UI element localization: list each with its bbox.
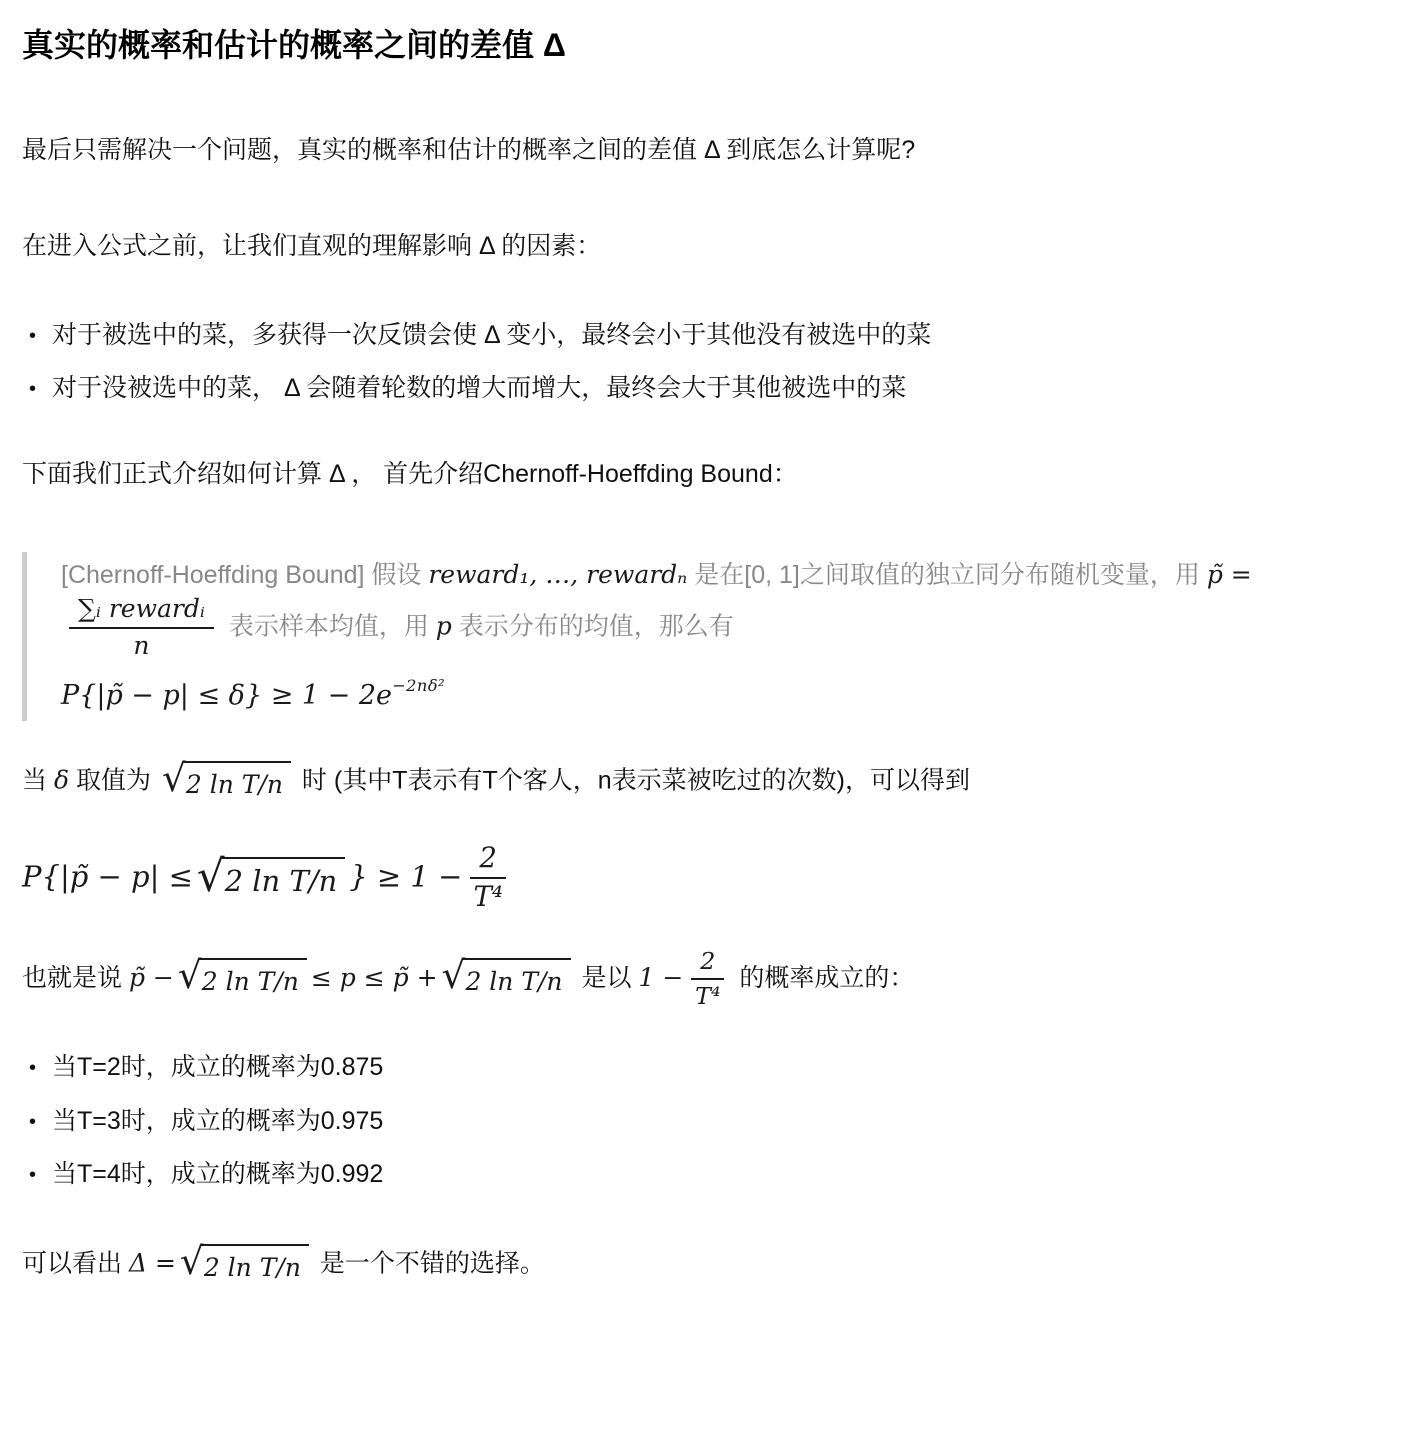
math-sqrt-2lnT-n: √2 ln T/n — [162, 761, 291, 803]
list-item-unselected-dish: 对于没被选中的菜， Δ 会随着轮数的增大而增大，最终会大于其他被选中的菜 — [22, 372, 1388, 406]
quote-text-segment: 表示分布的均值，那么有 — [459, 612, 734, 640]
radicand: 2 ln T/n — [201, 1244, 309, 1286]
radicand: 2 ln T/n — [222, 857, 346, 901]
list-item-T2: 当T=2时，成立的概率为0.875 — [22, 1051, 1388, 1085]
math-sample-mean-fraction: ∑ᵢ rewardᵢn — [69, 595, 214, 661]
text-segment: 是以 — [582, 964, 632, 992]
formula-segment: P{|p̃ − p| ≤ — [22, 859, 193, 893]
formula-exponent: −2nδ² — [392, 676, 445, 695]
math-p-variable: p — [436, 611, 452, 640]
fraction-denominator: T⁴ — [470, 879, 506, 914]
math-2-over-T4-fraction: 2T⁴ — [691, 948, 724, 1011]
paragraph-intuition-intro: 在进入公式之前，让我们直观的理解影响 Δ 的因素： — [22, 228, 1388, 264]
fraction-numerator: 2 — [470, 843, 506, 880]
radicand: 2 ln T/n — [462, 958, 570, 1000]
text-segment: 可以看出 — [22, 1250, 122, 1278]
quote-text-segment: 是在[0, 1]之间取值的独立同分布随机变量，用 — [694, 561, 1200, 589]
math-sqrt-2lnT-n: √2 ln T/n — [197, 857, 345, 901]
math-ptilde-equals: p̃ = — [1207, 560, 1252, 589]
math-delta-variable: δ — [54, 765, 69, 794]
list-item-selected-dish: 对于被选中的菜，多获得一次反馈会使 Δ 变小，最终会小于其他没有被选中的菜 — [22, 319, 1388, 353]
text-segment: 也就是说 — [22, 964, 122, 992]
math-delta-equals: Δ = — [129, 1249, 176, 1278]
formula-base: P{|p̃ − p| ≤ δ} ≥ 1 − 2e — [61, 679, 392, 710]
fraction-denominator: T⁴ — [691, 980, 724, 1010]
text-segment: 是一个不错的选择。 — [320, 1250, 545, 1278]
probability-bound-formula: P{|p̃ − p| ≤√2 ln T/n} ≥ 1 −2T⁴ — [22, 843, 1388, 914]
math-2-over-T4-fraction: 2T⁴ — [470, 843, 506, 914]
math-one-minus: 1 − — [638, 963, 683, 992]
paragraph-chb-intro: 下面我们正式介绍如何计算 Δ ， 首先介绍Chernoff-Hoeffding … — [22, 456, 1388, 492]
chernoff-hoeffding-definition: [Chernoff-Hoeffding Bound] 假设 reward₁, …… — [22, 552, 1388, 720]
text-segment: 的概率成立的： — [739, 964, 914, 992]
fraction-numerator: 2 — [691, 948, 724, 980]
math-interval-middle: ≤ p ≤ p̃ + — [311, 963, 438, 992]
chernoff-bound-formula: P{|p̃ − p| ≤ δ} ≥ 1 − 2e−2nδ² — [61, 675, 1364, 713]
paragraph-question: 最后只需解决一个问题，真实的概率和估计的概率之间的差值 Δ 到底怎么计算呢? — [22, 132, 1388, 168]
fraction-numerator: ∑ᵢ rewardᵢ — [69, 595, 214, 629]
list-item-T4: 当T=4时，成立的概率为0.992 — [22, 1158, 1388, 1192]
text-segment: 取值为 — [76, 766, 151, 794]
quote-text-segment: 表示样本均值，用 — [229, 612, 429, 640]
math-sqrt-2lnT-n: √2 ln T/n — [180, 1244, 309, 1286]
page-title: 真实的概率和估计的概率之间的差值 Δ — [22, 20, 1388, 66]
radicand: 2 ln T/n — [199, 958, 307, 1000]
text-segment: 时 (其中T表示有T个客人，n表示菜被吃过的次数)，可以得到 — [302, 766, 970, 794]
factor-list: 对于被选中的菜，多获得一次反馈会使 Δ 变小，最终会小于其他没有被选中的菜 对于… — [22, 319, 1388, 407]
fraction-denominator: n — [69, 629, 214, 661]
math-ptilde-minus: p̃ − — [129, 963, 174, 992]
text-segment: 当 — [22, 766, 47, 794]
paragraph-conclusion: 可以看出 Δ =√2 ln T/n 是一个不错的选择。 — [22, 1244, 1388, 1286]
list-item-T3: 当T=3时，成立的概率为0.975 — [22, 1105, 1388, 1139]
math-reward-sequence: reward₁, …, rewardₙ — [428, 560, 687, 589]
probability-example-list: 当T=2时，成立的概率为0.875 当T=3时，成立的概率为0.975 当T=4… — [22, 1051, 1388, 1192]
math-sqrt-2lnT-n: √2 ln T/n — [178, 958, 307, 1000]
formula-segment: } ≥ 1 − — [349, 859, 462, 893]
quote-text-segment: [Chernoff-Hoeffding Bound] 假设 — [61, 561, 421, 589]
article: 真实的概率和估计的概率之间的差值 Δ 最后只需解决一个问题，真实的概率和估计的概… — [22, 20, 1388, 1286]
paragraph-delta-choice: 当 δ 取值为 √2 ln T/n 时 (其中T表示有T个客人，n表示菜被吃过的… — [22, 761, 1388, 803]
math-sqrt-2lnT-n: √2 ln T/n — [442, 958, 571, 1000]
paragraph-interval-statement: 也就是说 p̃ −√2 ln T/n≤ p ≤ p̃ +√2 ln T/n 是以… — [22, 948, 1388, 1011]
radicand: 2 ln T/n — [183, 761, 291, 803]
radical-sign: √ — [197, 857, 225, 898]
quote-text: [Chernoff-Hoeffding Bound] 假设 reward₁, …… — [61, 556, 1364, 660]
